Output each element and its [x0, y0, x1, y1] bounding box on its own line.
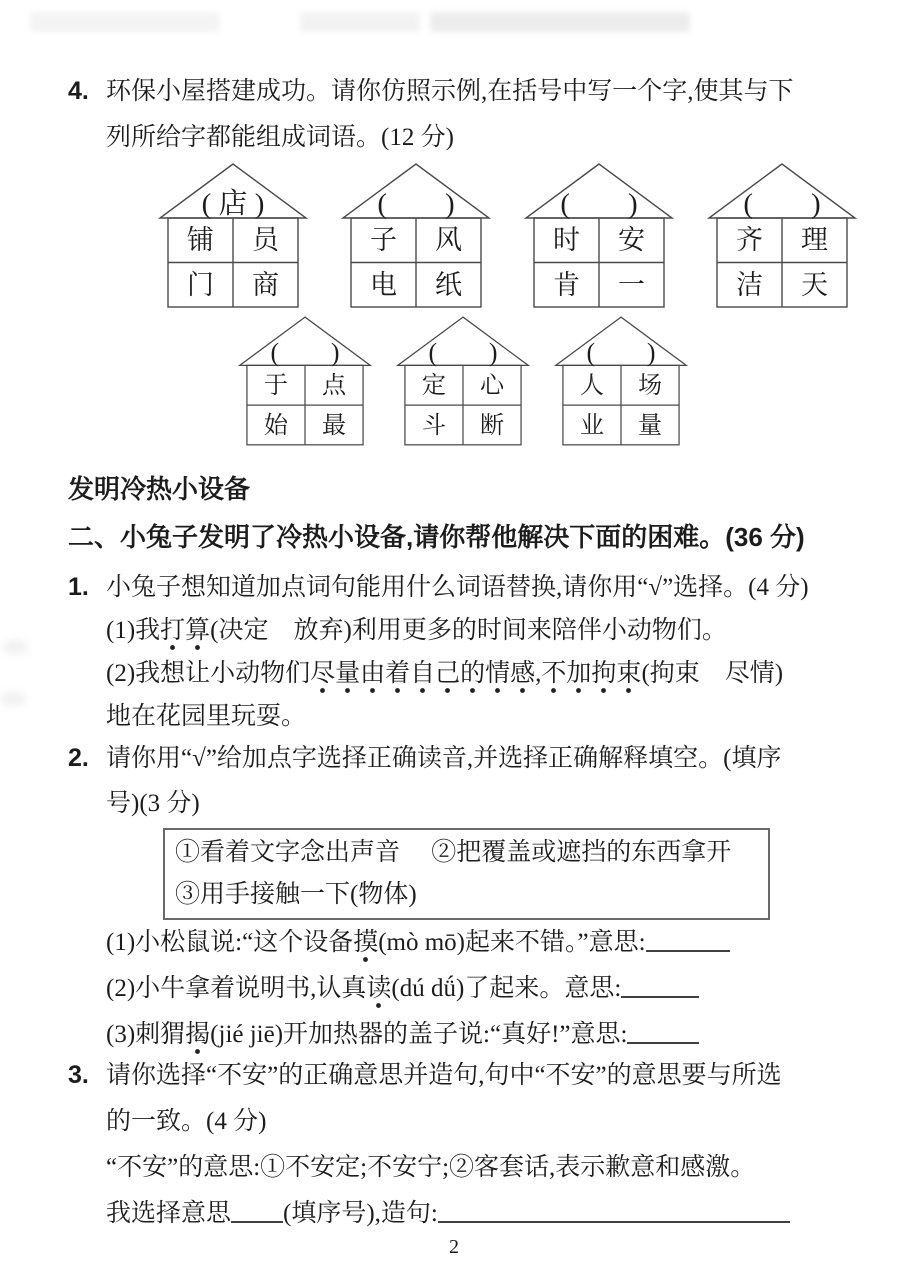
house-cell: 心 [480, 372, 505, 399]
fill-in-blank [438, 1209, 790, 1223]
question-1-stem-text: 小兔子想知道加点词句能用什么词语替换,请你用“√”选择。(4 分) [106, 574, 809, 601]
word-house: ( ) 人 场 业 量 [554, 315, 688, 446]
question-2-items: (1)小松鼠说:“这个设备摸(mò mō)起来不错。”意思: (2)小牛拿着说明… [68, 920, 730, 1058]
house-answer-slot: ( ) [586, 338, 655, 367]
question-3-stem-line-2: 的一致。(4 分) [68, 1099, 790, 1145]
ink-smudge [300, 12, 420, 32]
house-answer-slot: ( 店 ) [202, 187, 265, 220]
question-4: 4.环保小屋搭建成功。请你仿照示例,在括号中写一个字,使其与下 列所给字都能组成… [68, 68, 794, 161]
house-cell: 于 [264, 373, 288, 399]
fill-in-blank [646, 938, 730, 952]
question-4-stem-line-1: 4.环保小屋搭建成功。请你仿照示例,在括号中写一个字,使其与下 [68, 68, 794, 115]
house-cell: 肯 [553, 270, 580, 300]
question-2-item-1: (1)小松鼠说:“这个设备摸(mò mō)起来不错。”意思: [68, 920, 730, 966]
house-cell: 最 [322, 412, 346, 439]
question-1-item-1: (1)我打算(决定 放弃)利用更多的时间来陪伴小动物们。 [68, 609, 809, 652]
word-house: ( ) 子 风 电 纸 [341, 162, 491, 308]
house-cell: 电 [370, 270, 397, 300]
question-4-stem-line-2: 列所给字都能组成词语。(12 分) [68, 115, 794, 161]
question-2-stem-text: 请你用“√”给加点字选择正确读音,并选择正确解释填空。(填序 [106, 745, 782, 772]
house-cell: 洁 [736, 270, 763, 300]
word-house: ( ) 时 安 肯 一 [524, 162, 674, 308]
question-2-stem-line-2: 号)(3 分) [68, 781, 782, 826]
house-cell: 铺 [187, 225, 214, 255]
house-cell: 纸 [435, 270, 462, 300]
question-3: 3.请你选择“不安”的正确意思并造句,句中“不安”的意思要与所选 的一致。(4 … [68, 1052, 790, 1237]
page-bleed-through [0, 12, 905, 42]
ink-smudge [0, 692, 26, 706]
word-house-row-1: ( 店 ) 铺 员 门 商 ( ) 子 风 电 纸 ( ) 时 安 肯 一 [158, 162, 857, 308]
house-cell: 场 [638, 372, 662, 399]
question-1-item-2-line-1: (2)我想让小动物们尽量由着自己的情感,不加拘束(拘束 尽情) [68, 652, 809, 695]
house-cell: 门 [187, 270, 214, 300]
house-cell: 安 [618, 225, 645, 255]
question-2-number: 2. [68, 736, 106, 781]
question-1-item-2-line-2: 地在花园里玩耍。 [68, 695, 809, 738]
house-cell: 子 [370, 225, 397, 255]
house-cell: 量 [638, 412, 662, 439]
house-cell: 天 [801, 270, 828, 300]
house-cell: 时 [553, 225, 580, 255]
ink-smudge [30, 12, 220, 32]
section-subtitle: 发明冷热小设备 [68, 470, 250, 508]
house-cell: 齐 [736, 225, 763, 255]
question-2: 2.请你用“√”给加点字选择正确读音,并选择正确解释填空。(填序 号)(3 分) [68, 736, 782, 826]
house-cell: 员 [252, 225, 281, 255]
worksheet-page: 4.环保小屋搭建成功。请你仿照示例,在括号中写一个字,使其与下 列所给字都能组成… [0, 0, 905, 1280]
question-2-item-2: (2)小牛拿着说明书,认真读(dú dǘ)了起来。意思: [68, 966, 730, 1012]
word-house: ( ) 定 心 斗 断 [396, 315, 530, 446]
question-3-number: 3. [68, 1052, 106, 1098]
fill-in-blank [627, 1030, 699, 1044]
fill-in-blank [621, 984, 699, 998]
question-3-meaning-options: “不安”的意思:①不安定;不安宁;②客套话,表示歉意和感激。 [68, 1145, 790, 1191]
ink-smudge [2, 640, 28, 654]
word-house: ( ) 于 点 始 最 [238, 315, 372, 446]
question-3-stem-text: 请你选择“不安”的正确意思并造句,句中“不安”的意思要与所选 [106, 1062, 782, 1089]
question-1-number: 1. [68, 566, 106, 609]
house-cell: 风 [435, 225, 462, 255]
house-answer-slot: ( ) [428, 338, 497, 367]
ink-smudge [430, 12, 690, 32]
definition-line-1: ①看着文字念出声音 ②把覆盖或遮挡的东西拿开 [175, 832, 758, 874]
house-cell: 理 [801, 225, 828, 255]
question-1-stem: 1.小兔子想知道加点词句能用什么词语替换,请你用“√”选择。(4 分) [68, 566, 809, 609]
word-house: ( 店 ) 铺 员 门 商 [158, 162, 308, 308]
definition-line-2: ③用手接触一下(物体) [175, 874, 758, 916]
question-2-stem-line-1: 2.请你用“√”给加点字选择正确读音,并选择正确解释填空。(填序 [68, 736, 782, 781]
word-house: ( ) 齐 理 洁 天 [707, 162, 857, 308]
question-1: 1.小兔子想知道加点词句能用什么词语替换,请你用“√”选择。(4 分) (1)我… [68, 566, 809, 738]
house-cell: 断 [480, 412, 504, 439]
fill-in-blank [231, 1209, 283, 1223]
question-4-number: 4. [68, 68, 106, 114]
house-answer-slot: ( ) [377, 188, 454, 220]
house-cell: 斗 [422, 412, 446, 439]
house-cell: 业 [580, 412, 604, 439]
house-cell: 始 [264, 412, 289, 439]
question-4-stem-text: 环保小屋搭建成功。请你仿照示例,在括号中写一个字,使其与下 [106, 78, 794, 105]
definitions-box: ①看着文字念出声音 ②把覆盖或遮挡的东西拿开 ③用手接触一下(物体) [163, 828, 770, 920]
page-number: 2 [449, 1236, 459, 1259]
question-3-answer-line: 我选择意思(填序号),造句: [68, 1191, 790, 1237]
question-3-stem-line-1: 3.请你选择“不安”的正确意思并造句,句中“不安”的意思要与所选 [68, 1052, 790, 1099]
house-answer-slot: ( ) [743, 188, 820, 220]
word-house-row-2: ( ) 于 点 始 最 ( ) 定 心 斗 断 ( ) 人 场 业 量 [238, 315, 688, 446]
house-cell: 定 [422, 372, 446, 399]
section-2-heading: 二、小兔子发明了冷热小设备,请你帮他解决下面的困难。(36 分) [68, 518, 805, 556]
house-cell: 点 [322, 372, 347, 399]
house-cell: 人 [580, 373, 604, 399]
house-cell: 一 [618, 270, 645, 300]
house-cell: 商 [252, 270, 279, 300]
house-answer-slot: ( ) [560, 188, 637, 220]
house-answer-slot: ( ) [270, 338, 339, 367]
